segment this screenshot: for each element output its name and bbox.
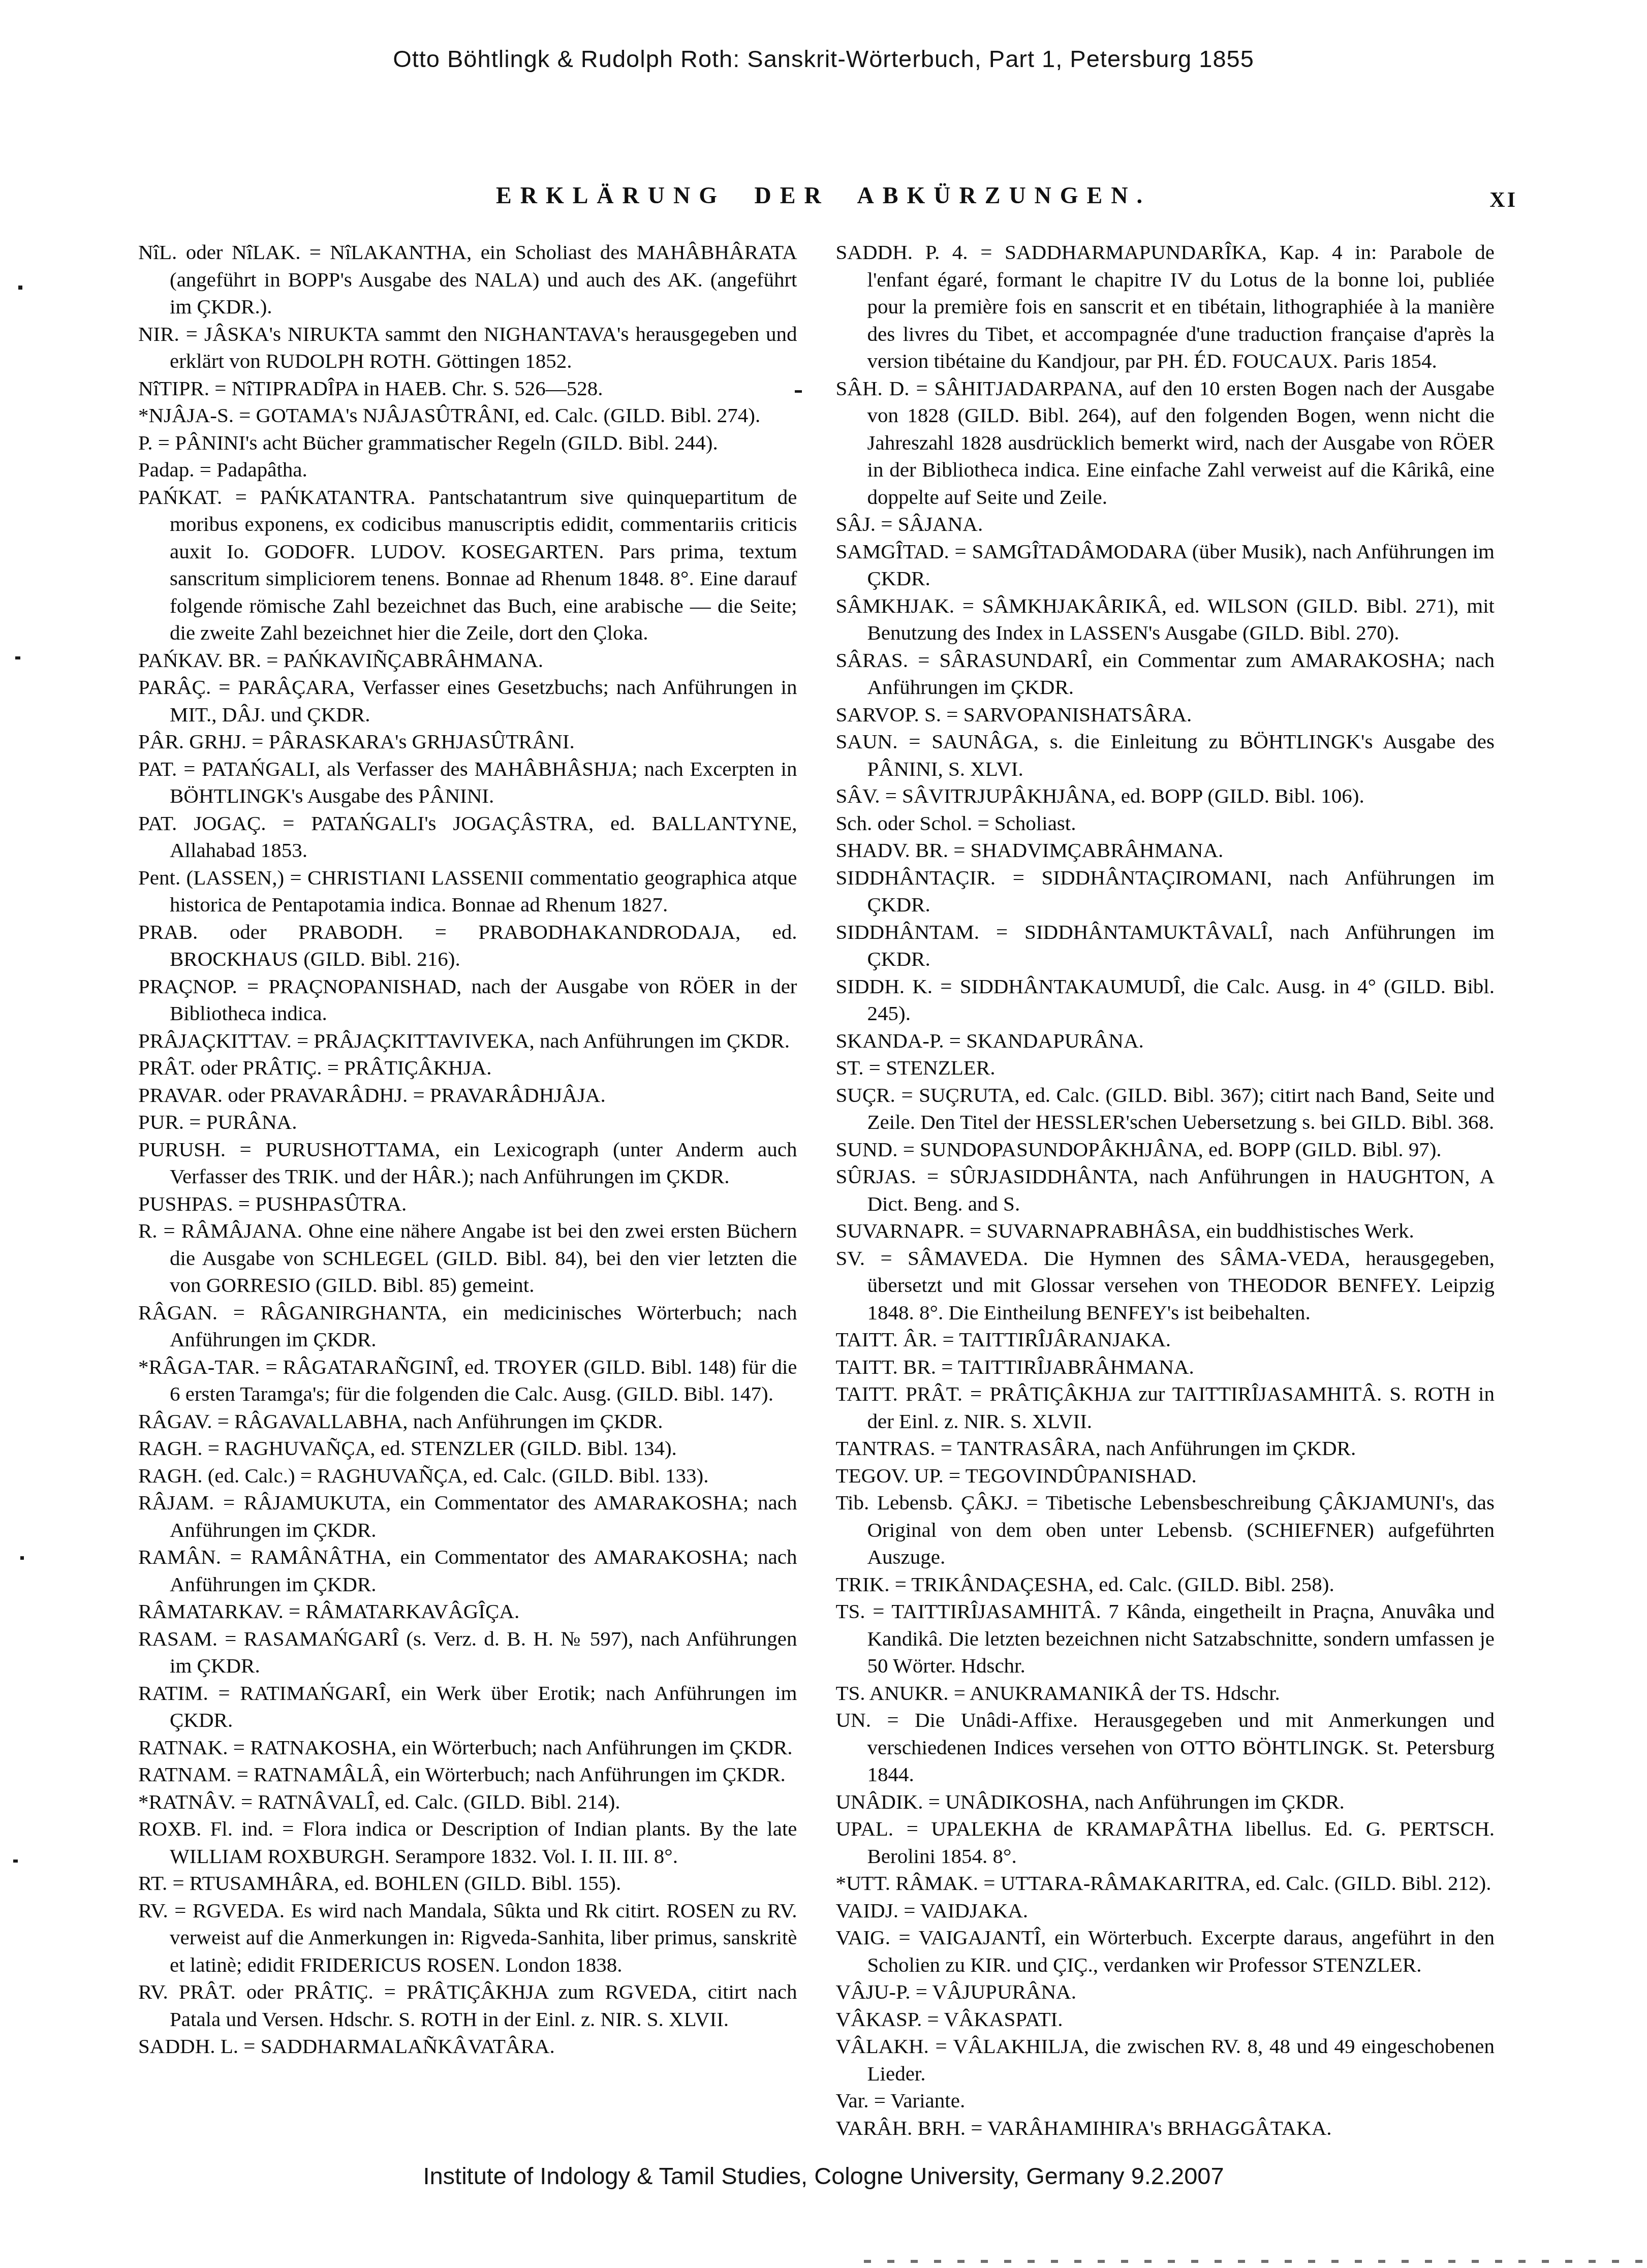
abbreviation-entry: TEGOV. UP. = TEGOVINDÛPANISHAD. [836, 1462, 1495, 1490]
abbreviation-entry: SADDH. L. = SADDHARMALAÑKÂVATÂRA. [138, 2033, 797, 2060]
abbreviation-entry: NîTIPR. = NîTIPRADÎPA in HAEB. Chr. S. 5… [138, 375, 797, 402]
abbreviation-entry: UNÂDIK. = UNÂDIKOSHA, nach Anführungen i… [836, 1788, 1495, 1816]
abbreviation-entry: UN. = Die Unâdi-Affixe. Herausgegeben un… [836, 1707, 1495, 1788]
abbreviation-entry: PRAB. oder PRABODH. = PRABODHAKANDRODAJA… [138, 919, 797, 973]
abbreviation-entry: SÂV. = SÂVITRJUPÂKHJÂNA, ed. BOPP (GILD.… [836, 782, 1495, 810]
abbreviation-columns: NîL. oder NîLAK. = NîLAKANTHA, ein Schol… [138, 239, 1495, 2141]
abbreviation-entry: SUVARNAPR. = SUVARNAPRABHÂSA, ein buddhi… [836, 1217, 1495, 1245]
abbreviation-entry: RATNAM. = RATNAMÂLÂ, ein Wörterbuch; nac… [138, 1761, 797, 1788]
abbreviation-entry: RÂGAV. = RÂGAVALLABHA, nach Anführungen … [138, 1408, 797, 1435]
abbreviation-entry: RAGH. = RAGHUVAÑÇA, ed. STENZLER (GILD. … [138, 1435, 797, 1462]
abbreviation-entry: TANTRAS. = TANTRASÂRA, nach Anführungen … [836, 1435, 1495, 1462]
page-number: XI [1489, 188, 1517, 212]
scan-artifact [20, 1556, 24, 1560]
abbreviation-entry: PAŃKAT. = PAŃKATANTRA. Pantschatantrum s… [138, 484, 797, 647]
abbreviation-entry: RV. PRÂT. oder PRÂTIÇ. = PRÂTIÇÂKHJA zum… [138, 1978, 797, 2033]
column-right: SADDH. P. 4. = SADDHARMAPUNDARÎKA, Kap. … [836, 239, 1495, 2141]
abbreviation-entry: SHADV. BR. = SHADVIMÇABRÂHMANA. [836, 837, 1495, 864]
abbreviation-entry: SAMGÎTAD. = SAMGÎTADÂMODARA (über Musik)… [836, 538, 1495, 592]
abbreviation-entry: PRAVAR. oder PRAVARÂDHJ. = PRAVARÂDHJÂJA… [138, 1082, 797, 1109]
abbreviation-entry: ROXB. Fl. ind. = Flora indica or Descrip… [138, 1815, 797, 1870]
abbreviation-entry: SIDDHÂNTAÇIR. = SIDDHÂNTAÇIROMANI, nach … [836, 864, 1495, 919]
abbreviation-entry: PRAÇNOP. = PRAÇNOPANISHAD, nach der Ausg… [138, 973, 797, 1027]
abbreviation-entry: TAITT. PRÂT. = PRÂTIÇÂKHJA zur TAITTIRÎJ… [836, 1380, 1495, 1435]
scan-artifact [18, 286, 22, 290]
abbreviation-entry: RÂGAN. = RÂGANIRGHANTA, ein medicinische… [138, 1299, 797, 1353]
abbreviation-entry: VARÂH. BRH. = VARÂHAMIHIRA's BRHAGGÂTAKA… [836, 2115, 1495, 2142]
abbreviation-entry: SIDDH. K. = SIDDHÂNTAKAUMUDÎ, die Calc. … [836, 973, 1495, 1027]
abbreviation-entry: SAUN. = SAUNÂGA, s. die Einleitung zu BÖ… [836, 728, 1495, 782]
scanned-page: Otto Böhtlingk & Rudolph Roth: Sanskrit-… [0, 0, 1647, 2268]
abbreviation-entry: RÂJAM. = RÂJAMUKUTA, ein Commentator des… [138, 1489, 797, 1543]
abbreviation-entry: SÂRAS. = SÂRASUNDARÎ, ein Commentar zum … [836, 647, 1495, 701]
abbreviation-entry: TRIK. = TRIKÂNDAÇESHA, ed. Calc. (GILD. … [836, 1571, 1495, 1598]
abbreviation-entry: Padap. = Padapâtha. [138, 456, 797, 484]
scan-footer: Institute of Indology & Tamil Studies, C… [0, 2162, 1647, 2190]
abbreviation-entry: NîL. oder NîLAK. = NîLAKANTHA, ein Schol… [138, 239, 797, 321]
abbreviation-entry: *UTT. RÂMAK. = UTTARA-RÂMAKARITRA, ed. C… [836, 1870, 1495, 1897]
abbreviation-entry: PRÂJAÇKITTAV. = PRÂJAÇKITTAVIVEKA, nach … [138, 1027, 797, 1055]
abbreviation-entry: VAIDJ. = VAIDJAKA. [836, 1897, 1495, 1925]
scan-artifact [795, 390, 802, 393]
abbreviation-entry: SUÇR. = SUÇRUTA, ed. Calc. (GILD. Bibl. … [836, 1082, 1495, 1136]
abbreviation-entry: SÂMKHJAK. = SÂMKHJAKÂRIKÂ, ed. WILSON (G… [836, 592, 1495, 647]
abbreviation-entry: P. = PÂNINI's acht Bücher grammatischer … [138, 429, 797, 457]
abbreviation-entry: PUSHPAS. = PUSHPASÛTRA. [138, 1190, 797, 1218]
abbreviation-entry: NIR. = JÂSKA's NIRUKTA sammt den NIGHANT… [138, 321, 797, 375]
abbreviation-entry: SV. = SÂMAVEDA. Die Hymnen des SÂMA-VEDA… [836, 1245, 1495, 1327]
abbreviation-entry: *RÂGA-TAR. = RÂGATARAÑGINÎ, ed. TROYER (… [138, 1353, 797, 1408]
abbreviation-entry: RATNAK. = RATNAKOSHA, ein Wörterbuch; na… [138, 1734, 797, 1761]
page-title: ERKLÄRUNG DER ABKÜRZUNGEN. [0, 182, 1647, 209]
scan-header: Otto Böhtlingk & Rudolph Roth: Sanskrit-… [0, 45, 1647, 73]
abbreviation-entry: *RATNÂV. = RATNÂVALÎ, ed. Calc. (GILD. B… [138, 1788, 797, 1816]
abbreviation-entry: PRÂT. oder PRÂTIÇ. = PRÂTIÇÂKHJA. [138, 1054, 797, 1082]
abbreviation-entry: Tib. Lebensb. ÇÂKJ. = Tibetische Lebensb… [836, 1489, 1495, 1571]
scan-artifact [15, 656, 20, 659]
abbreviation-entry: VÂKASP. = VÂKASPATI. [836, 2006, 1495, 2033]
abbreviation-entry: PAT. = PATAŃGALI, als Verfasser des MAHÂ… [138, 755, 797, 810]
abbreviation-entry: SÛRJAS. = SÛRJASIDDHÂNTA, nach Anführung… [836, 1163, 1495, 1217]
abbreviation-entry: PAŃKAV. BR. = PAŃKAVIÑÇABRÂHMANA. [138, 647, 797, 674]
abbreviation-entry: RATIM. = RATIMAŃGARÎ, ein Werk über Erot… [138, 1680, 797, 1734]
abbreviation-entry: Sch. oder Schol. = Scholiast. [836, 810, 1495, 837]
scan-edge-shadow [864, 2260, 1647, 2263]
abbreviation-entry: VAIG. = VAIGAJANTÎ, ein Wörterbuch. Exce… [836, 1924, 1495, 1978]
abbreviation-entry: PARÂÇ. = PARÂÇARA, Verfasser eines Geset… [138, 674, 797, 728]
abbreviation-entry: RAGH. (ed. Calc.) = RAGHUVAÑÇA, ed. Calc… [138, 1462, 797, 1490]
abbreviation-entry: TAITT. ÂR. = TAITTIRÎJÂRANJAKA. [836, 1326, 1495, 1353]
abbreviation-entry: SIDDHÂNTAM. = SIDDHÂNTAMUKTÂVALÎ, nach A… [836, 919, 1495, 973]
abbreviation-entry: Pent. (LASSEN,) = CHRISTIANI LASSENII co… [138, 864, 797, 919]
abbreviation-entry: RT. = RTUSAMHÂRA, ed. BOHLEN (GILD. Bibl… [138, 1870, 797, 1897]
abbreviation-entry: SÂJ. = SÂJANA. [836, 511, 1495, 538]
heading-row: ERKLÄRUNG DER ABKÜRZUNGEN. XI [0, 182, 1647, 217]
abbreviation-entry: TAITT. BR. = TAITTIRÎJABRÂHMANA. [836, 1353, 1495, 1381]
abbreviation-entry: RAMÂN. = RAMÂNÂTHA, ein Commentator des … [138, 1543, 797, 1598]
abbreviation-entry: ST. = STENZLER. [836, 1054, 1495, 1082]
abbreviation-entry: PURUSH. = PURUSHOTTAMA, ein Lexicograph … [138, 1136, 797, 1190]
abbreviation-entry: PAT. JOGAÇ. = PATAŃGALI's JOGAÇÂSTRA, ed… [138, 810, 797, 864]
scan-artifact [13, 1860, 18, 1863]
abbreviation-entry: SARVOP. S. = SARVOPANISHATSÂRA. [836, 701, 1495, 729]
abbreviation-entry: SUND. = SUNDOPASUNDOPÂKHJÂNA, ed. BOPP (… [836, 1136, 1495, 1163]
abbreviation-entry: VÂLAKH. = VÂLAKHILJA, die zwischen RV. 8… [836, 2033, 1495, 2087]
abbreviation-entry: TS. ANUKR. = ANUKRAMANIKÂ der TS. Hdschr… [836, 1680, 1495, 1707]
abbreviation-entry: PÂR. GRHJ. = PÂRASKARA's GRHJASÛTRÂNI. [138, 728, 797, 755]
abbreviation-entry: RÂMATARKAV. = RÂMATARKAVÂGÎÇA. [138, 1598, 797, 1625]
abbreviation-entry: Var. = Variante. [836, 2087, 1495, 2115]
abbreviation-entry: PUR. = PURÂNA. [138, 1109, 797, 1136]
abbreviation-entry: SÂH. D. = SÂHITJADARPANA, auf den 10 ers… [836, 375, 1495, 511]
abbreviation-entry: VÂJU-P. = VÂJUPURÂNA. [836, 1978, 1495, 2006]
abbreviation-entry: UPAL. = UPALEKHA de KRAMAPÂTHA libellus.… [836, 1815, 1495, 1870]
abbreviation-entry: TS. = TAITTIRÎJASAMHITÂ. 7 Kânda, einget… [836, 1598, 1495, 1680]
abbreviation-entry: RASAM. = RASAMAŃGARÎ (s. Verz. d. B. H. … [138, 1625, 797, 1680]
abbreviation-entry: SKANDA-P. = SKANDAPURÂNA. [836, 1027, 1495, 1055]
abbreviation-entry: R. = RÂMÂJANA. Ohne eine nähere Angabe i… [138, 1217, 797, 1299]
abbreviation-entry: *NJÂJA-S. = GOTAMA's NJÂJASÛTRÂNI, ed. C… [138, 402, 797, 429]
abbreviation-entry: RV. = RGVEDA. Es wird nach Mandala, Sûkt… [138, 1897, 797, 1979]
abbreviation-entry: SADDH. P. 4. = SADDHARMAPUNDARÎKA, Kap. … [836, 239, 1495, 375]
column-left: NîL. oder NîLAK. = NîLAKANTHA, ein Schol… [138, 239, 797, 2141]
